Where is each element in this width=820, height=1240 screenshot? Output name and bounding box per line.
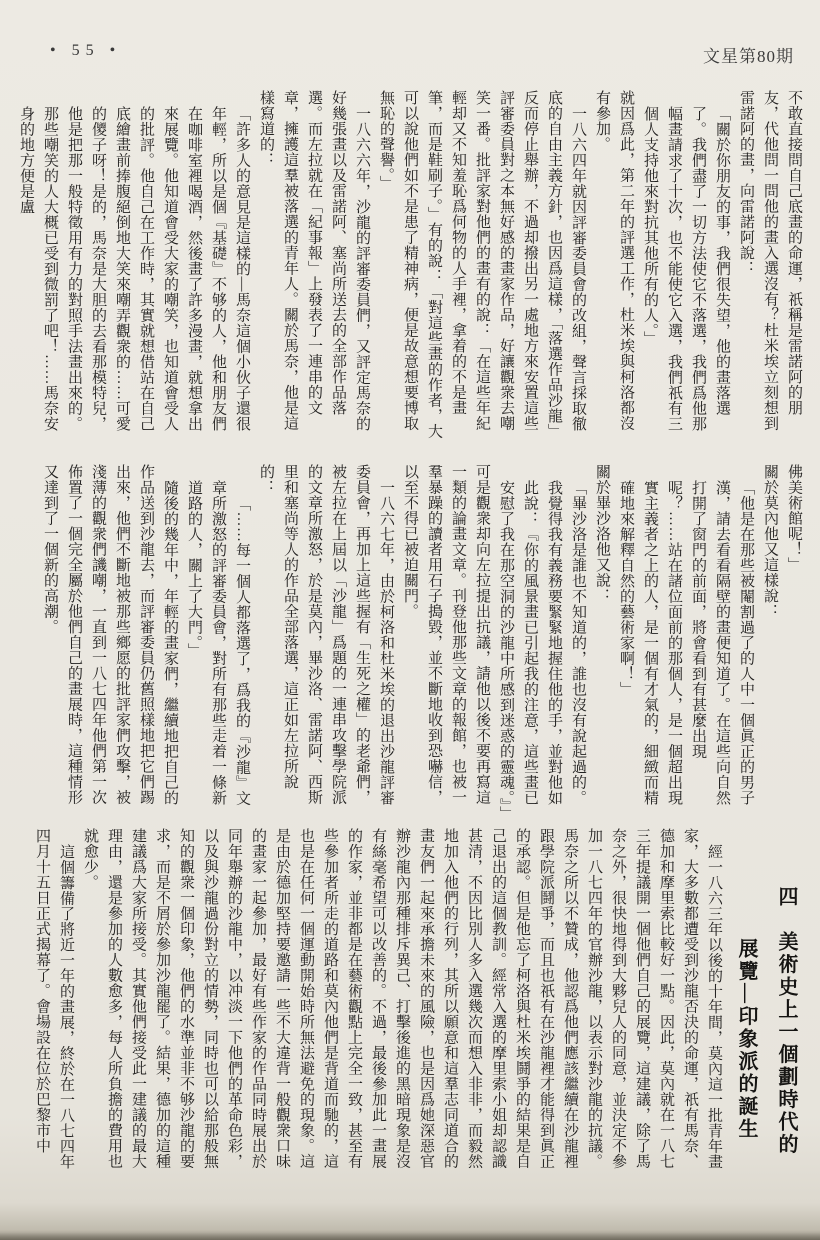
section-title-line2: 展覽—印象派的誕生 xyxy=(726,828,766,1178)
quote-paragraph: 「畢沙洛是誰也不知道的，誰也沒有說起過的。我覺得我有義務要緊緊地握住他的手，並對… xyxy=(494,464,590,814)
paragraph: 隨後的幾年中，年輕的畫家們，繼續地把自己的作品送到沙龍去，而評審委員仍舊照樣地把… xyxy=(38,464,182,814)
paragraph-continuation: 佛美術館呢！」 xyxy=(782,464,806,814)
paragraph: 一八六七年，由於柯洛和杜米埃的退出沙龍評審委員會，再加上這些握有「生死之權」的老… xyxy=(254,464,398,814)
page-number: • 55 • xyxy=(50,42,121,60)
paragraph: 這個籌備了將近一年的畫展，終於在一八七四年四月十五日正式揭幕了。會場設在位於巴黎… xyxy=(30,828,78,1178)
paragraph: 一八六四年就因評審委員會的改組，聲言採取徹底的自由主義方針，也因爲這樣，「落選作… xyxy=(374,90,590,440)
text-band-middle: 佛美術館呢！」 關於莫內他又這樣說： 「他是在那些被閹割過了的人中一個眞正的男子… xyxy=(8,464,806,814)
page-bottom-shadow xyxy=(0,1230,820,1240)
text-band-top: 不敢直接問自己底畫的命運，祇稱是雷諾阿的朋友，代他問一問他的畫入選沒有？杜米埃立… xyxy=(8,90,806,440)
paragraph: 不敢直接問自己底畫的命運，祇稱是雷諾阿的朋友，代他問一問他的畫入選沒有？杜米埃立… xyxy=(734,90,806,440)
paragraph: 經一八六三年以後的十年間，莫內這一批青年畫家，大多數都遭受到沙龍否決的命運，祇有… xyxy=(78,828,726,1178)
quote-paragraph: 「許多人的意見是這樣的—馬奈這個小伙子還很年輕，所以是個『基礎』不够的人，他和朋… xyxy=(14,90,254,440)
quote-paragraph: 「他是在那些被閹割過了的人中一個眞正的男子漢，請去看看隔壁的畫便知道了。在這些向… xyxy=(614,464,758,814)
paragraph: 可是觀衆却向左拉提出抗議，請他以後不要再寫這一類的論畫文章。刊登他那些文章的報館… xyxy=(398,464,494,814)
quote-paragraph: 「關於你朋友的事，我們很失望，他的畫落選了。我們盡了一切方法使它不落選，我們爲他… xyxy=(638,90,734,440)
magazine-page: • 55 • 文星第80期 不敢直接問自己底畫的命運，祇稱是雷諾阿的朋友，代他問… xyxy=(0,0,820,1240)
text-band-bottom: 四 美術史上一個劃時代的 展覽—印象派的誕生 經一八六三年以後的十年間，莫內這一… xyxy=(8,828,806,1178)
paragraph: 一八六六年，沙龍的評審委員們，又評定馬奈的好幾張畫以及雷諾阿、塞尚所送去的全部作… xyxy=(254,90,374,440)
paragraph: 關於畢沙洛他又說： xyxy=(590,464,614,814)
section-title-line1: 四 美術史上一個劃時代的 xyxy=(766,828,806,1178)
paragraph: 關於莫內他又這樣說： xyxy=(758,464,782,814)
issue-title: 文星第80期 xyxy=(703,42,794,67)
page-header: • 55 • 文星第80期 xyxy=(0,42,820,64)
quote-paragraph: 「……每一個人都落選了，爲我的『沙龍』文章所激怒的評審委員會，對所有那些走着一條… xyxy=(182,464,254,814)
paragraph: 就因爲此，第二年的評選工作，杜米埃與柯洛都沒有參加。 xyxy=(590,90,638,440)
